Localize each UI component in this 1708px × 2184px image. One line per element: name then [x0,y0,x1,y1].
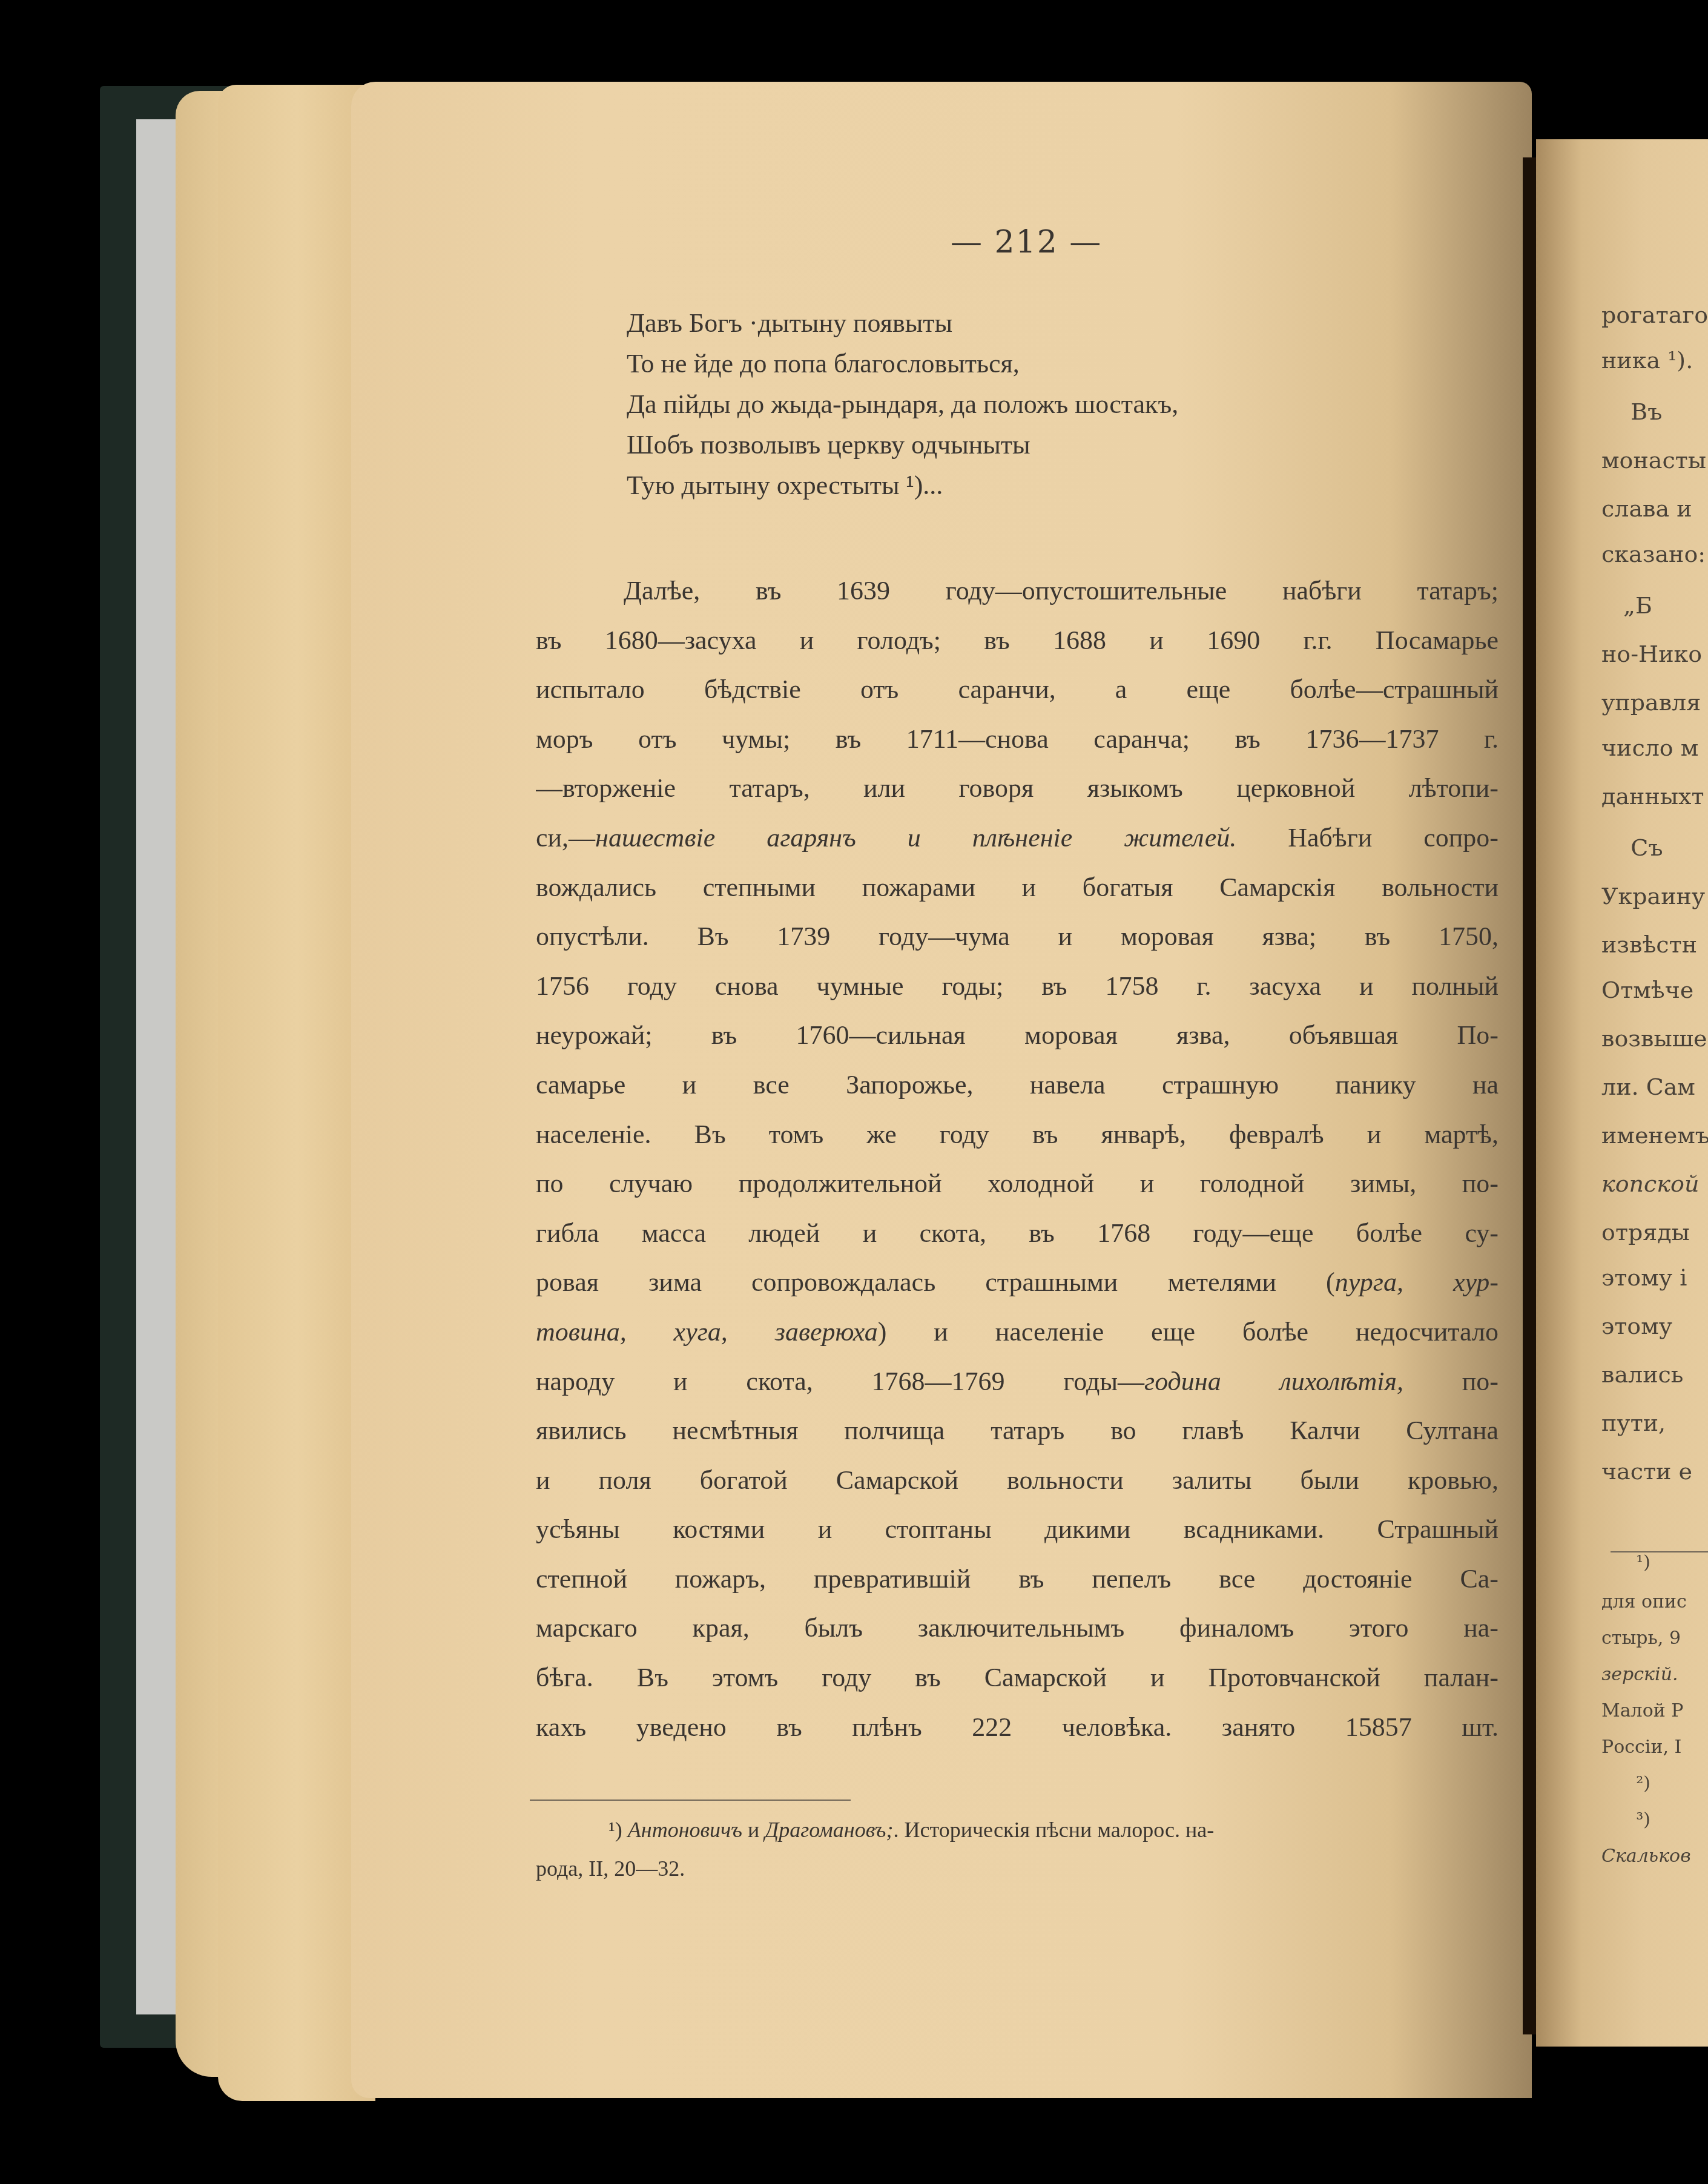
page-number: — 212 — [951,224,1102,260]
adjacent-text-fragment: сказано: [1601,541,1706,567]
adjacent-footnote-fragment: Малой Р [1601,1700,1683,1721]
footnote-author: Драгомановъ; [765,1818,893,1842]
adjacent-footnote-fragment: Россіи, I [1601,1737,1681,1758]
italic-phrase: година лихолѣтія, [1144,1367,1403,1396]
adjacent-text-fragment: но-Нико [1601,641,1702,667]
text-line: 1756 году снова чумные годы; въ 1758 г. … [536,962,1499,1011]
text-line: населеніе. Въ томъ же году въ январѣ, фе… [536,1110,1499,1160]
adjacent-text-fragment: именемъ [1601,1122,1708,1149]
text-line: по случаю продолжительной холодной и гол… [536,1159,1499,1209]
adjacent-text-fragment: отряды [1601,1219,1690,1245]
footnote-marker: ¹) [608,1818,622,1842]
adjacent-footnote-separator [1611,1551,1708,1552]
adjacent-footnote-fragment: ¹) [1601,1552,1650,1573]
footnote-1: ¹) Антоновичъ и Драгомановъ;. Историческ… [536,1810,1499,1888]
adjacent-footnote-fragment: зерскій. [1601,1664,1678,1685]
verse-line: Давъ Богъ ·дытыну появыты [627,303,1178,343]
italic-phrase: нашествіе агарянъ и плѣненіе жителей. [595,823,1236,853]
text-line: вождались степными пожарами и богатыя Са… [536,863,1499,912]
adjacent-footnote-fragment: ²) [1601,1773,1650,1794]
verse-line: То не йде до попа благословыться, [627,343,1178,384]
adjacent-text-fragment: „Б [1601,592,1652,619]
adjacent-text-fragment: Въ [1601,398,1662,425]
body-paragraph: Далѣе, въ 1639 году—опустошительные набѣ… [536,566,1499,1752]
adjacent-text-fragment: слава и [1601,495,1692,522]
text-line: бѣга. Въ этомъ году въ Самарской и Прото… [536,1653,1499,1703]
text-line: степной пожаръ, превратившій въ пепелъ в… [536,1554,1499,1604]
text-line: си,—нашествіе агарянъ и плѣненіе жителей… [536,813,1499,863]
footnote-line: рода, II, 20—32. [536,1849,1499,1888]
text-line: испытало бѣдствіе отъ саранчи, а еще бол… [536,665,1499,714]
adjacent-text-fragment: рогатаго [1601,302,1708,328]
text-line: товина, хуга, заверюха) и населеніе еще … [536,1307,1499,1357]
adjacent-footnote-fragment: Скальков [1601,1846,1691,1867]
adjacent-text-fragment: возвыше [1601,1025,1707,1052]
adjacent-text-fragment: управля [1601,689,1701,716]
adjacent-text-fragment: этому і [1601,1264,1687,1291]
text-line: марскаго края, былъ заключительнымъ фина… [536,1603,1499,1653]
footnote-separator [530,1800,851,1801]
text-line: гибла масса людей и скота, въ 1768 году—… [536,1209,1499,1258]
footnote-conjunction: и [742,1818,765,1842]
verse-line: Да пійды до жыда-рындаря, да положъ шост… [627,384,1178,424]
endpaper [136,119,179,2014]
footnote-line: ¹) Антоновичъ и Драгомановъ;. Историческ… [536,1810,1499,1849]
adjacent-text-fragment: копской [1601,1170,1699,1197]
adjacent-text-fragment: пути, [1601,1410,1666,1436]
adjacent-text-fragment: монасты [1601,447,1706,473]
verse-block: Давъ Богъ ·дытыну появыты То не йде до п… [627,303,1178,506]
text-line: неурожай; въ 1760—сильная моровая язва, … [536,1011,1499,1060]
text-line: и поля богатой Самарской вольности залит… [536,1456,1499,1505]
adjacent-text-fragment: вались [1601,1361,1684,1388]
text-line: кахъ уведено въ плѣнъ 222 человѣка. заня… [536,1703,1499,1752]
adjacent-text-fragment: данныхт [1601,783,1704,810]
adjacent-text-fragment: Съ [1601,834,1663,861]
italic-phrase: товина, хуга, заверюха [536,1317,878,1347]
book-gutter [1523,157,1536,2034]
text-line: Далѣе, въ 1639 году—опустошительные набѣ… [536,566,1499,616]
adjacent-text-fragment: Украину [1601,883,1705,909]
adjacent-text-fragment: ли. Сам [1601,1074,1695,1100]
text-line: самарье и все Запорожье, навела страшную… [536,1060,1499,1110]
verse-line: Шобъ позволывъ церкву одчыныты [627,424,1178,465]
adjacent-text-fragment: части е [1601,1458,1692,1485]
adjacent-footnote-fragment: для опис [1601,1591,1687,1612]
adjacent-text-fragment: извѣстн [1601,931,1697,958]
text-line: опустѣли. Въ 1739 году—чума и моровая яз… [536,912,1499,962]
adjacent-text-fragment: ника ¹). [1601,347,1693,374]
adjacent-text-fragment: число м [1601,734,1698,761]
text-line: ровая зима сопровождалась страшными мете… [536,1258,1499,1307]
verse-line: Тую дытыну охрестыты ¹)... [627,465,1178,506]
adjacent-footnote-fragment: ³) [1601,1809,1650,1830]
text-line: явились несмѣтныя полчища татаръ во глав… [536,1406,1499,1456]
adjacent-footnote-fragment: стырь, 9 [1601,1628,1681,1649]
adjacent-text-fragment: этому [1601,1313,1672,1339]
adjacent-text-fragment: Отмѣче [1601,977,1693,1003]
italic-phrase: пурга, хур- [1335,1267,1499,1297]
text-line: —вторженіе татаръ, или говоря языкомъ це… [536,764,1499,813]
footnote-title: . Историческія пѣсни малорос. на- [894,1818,1215,1842]
text-line: народу и скота, 1768—1769 годы—година ли… [536,1357,1499,1407]
text-line: въ 1680—засуха и голодъ; въ 1688 и 1690 … [536,616,1499,665]
text-line: усѣяны костями и стоптаны дикими всадник… [536,1505,1499,1554]
text-line: моръ отъ чумы; въ 1711—снова саранча; въ… [536,714,1499,764]
footnote-author: Антоновичъ [628,1818,742,1842]
